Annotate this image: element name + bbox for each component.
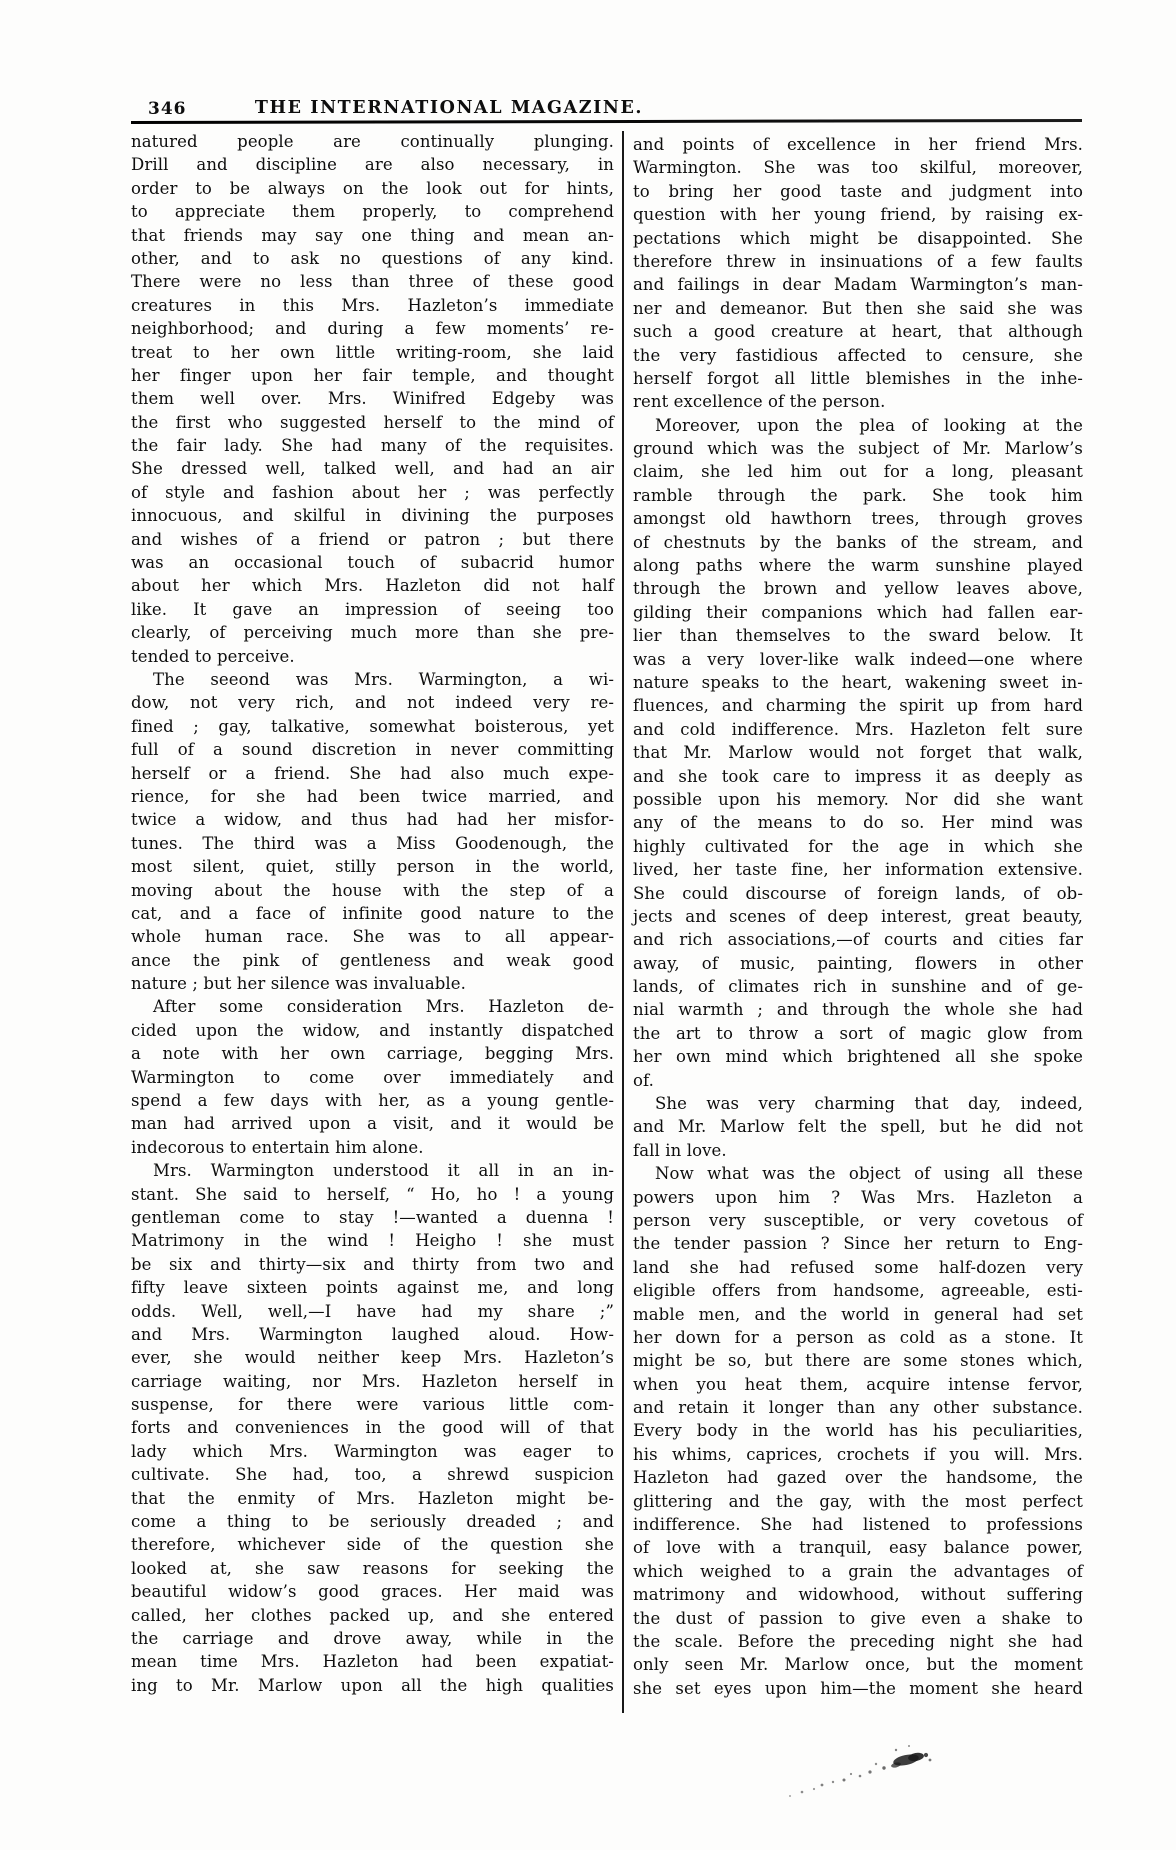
text-line: There were no less than three of these g… <box>131 270 614 293</box>
page-number: 346 <box>148 99 187 119</box>
text-line: jects and scenes of deep interest, great… <box>633 905 1083 928</box>
text-line: eligible offers from handsome, agreeable… <box>633 1279 1083 1302</box>
text-line: spend a few days with her, as a young ge… <box>131 1089 614 1112</box>
text-line: cided upon the widow, and instantly disp… <box>131 1019 614 1042</box>
text-line: the scale. Before the preceding night sh… <box>633 1630 1083 1653</box>
text-line: and she took care to impress it as deepl… <box>633 765 1083 788</box>
text-line: of. <box>633 1069 1083 1092</box>
text-line: fluences, and charming the spirit up fro… <box>633 694 1083 717</box>
text-line: along paths where the warm sunshine play… <box>633 554 1083 577</box>
text-line: of chestnuts by the banks of the stream,… <box>633 531 1083 554</box>
text-line: Matrimony in the wind ! Heigho ! she mus… <box>131 1229 614 1252</box>
text-line: be six and thirty—six and thirty from tw… <box>131 1253 614 1276</box>
text-line: full of a sound discretion in never comm… <box>131 738 614 761</box>
text-line: possible upon his memory. Nor did she wa… <box>633 788 1083 811</box>
text-line: of style and fashion about her ; was per… <box>131 481 614 504</box>
text-line: called, her clothes packed up, and she e… <box>131 1604 614 1627</box>
text-line: Every body in the world has his peculiar… <box>633 1419 1083 1442</box>
text-line: only seen Mr. Marlow once, but the momen… <box>633 1653 1083 1676</box>
text-line: the tender passion ? Since her return to… <box>633 1232 1083 1255</box>
text-line: was a very lover-like walk indeed—one wh… <box>633 648 1083 671</box>
text-line: the fair lady. She had many of the requi… <box>131 434 614 457</box>
text-line: herself forgot all little blemishes in t… <box>633 367 1083 390</box>
text-line: After some consideration Mrs. Hazleton d… <box>131 995 614 1018</box>
text-line: them well over. Mrs. Winifred Edgeby was <box>131 387 614 410</box>
text-line: that friends may say one thing and mean … <box>131 224 614 247</box>
text-line: lands, of climates rich in sunshine and … <box>633 975 1083 998</box>
text-line: rent excellence of the person. <box>633 390 1083 413</box>
text-line: beautiful widow’s good graces. Her maid … <box>131 1580 614 1603</box>
text-line: about her which Mrs. Hazleton did not ha… <box>131 574 614 597</box>
text-line: Drill and discipline are also necessary,… <box>131 153 614 176</box>
text-line: the first who suggested herself to the m… <box>131 411 614 434</box>
text-line: such a good creature at heart, that alth… <box>633 320 1083 343</box>
text-line: cat, and a face of infinite good nature … <box>131 902 614 925</box>
text-line: looked at, she saw reasons for seeking t… <box>131 1557 614 1580</box>
text-line: fifty leave sixteen points against me, a… <box>131 1276 614 1299</box>
text-line: nature ; but her silence was invaluable. <box>131 972 614 995</box>
text-line: Mrs. Warmington understood it all in an … <box>131 1159 614 1182</box>
text-column-left: natured people are continually plunging.… <box>131 130 614 1697</box>
text-line: that Mr. Marlow would not forget that wa… <box>633 741 1083 764</box>
text-line: Hazleton had gazed over the handsome, th… <box>633 1466 1083 1489</box>
text-line: She could discourse of foreign lands, of… <box>633 882 1083 905</box>
text-line: of love with a tranquil, easy balance po… <box>633 1536 1083 1559</box>
magazine-page: 346 THE INTERNATIONAL MAGAZINE. natured … <box>0 0 1176 1850</box>
text-line: other, and to ask no questions of any ki… <box>131 247 614 270</box>
text-line: and retain it longer than any other subs… <box>633 1396 1083 1419</box>
text-line: She dressed well, talked well, and had a… <box>131 457 614 480</box>
text-line: ner and demeanor. But then she said she … <box>633 297 1083 320</box>
text-line: mable men, and the world in general had … <box>633 1303 1083 1326</box>
text-line: fall in love. <box>633 1139 1083 1162</box>
column-divider-rule <box>622 131 624 1713</box>
text-line: question with her young friend, by raisi… <box>633 203 1083 226</box>
text-line: neighborhood; and during a few moments’ … <box>131 317 614 340</box>
text-line: like. It gave an impression of seeing to… <box>131 598 614 621</box>
text-line: fined ; gay, talkative, somewhat boister… <box>131 715 614 738</box>
text-line: away, of music, painting, flowers in oth… <box>633 952 1083 975</box>
text-line: through the brown and yellow leaves abov… <box>633 577 1083 600</box>
text-line: nature speaks to the heart, wakening swe… <box>633 671 1083 694</box>
text-line: mean time Mrs. Hazleton had been expatia… <box>131 1650 614 1673</box>
text-line: Moreover, upon the plea of looking at th… <box>633 414 1083 437</box>
text-line: therefore threw in insinuations of a few… <box>633 250 1083 273</box>
text-line: matrimony and widowhood, without sufferi… <box>633 1583 1083 1606</box>
text-line: person very susceptible, or very covetou… <box>633 1209 1083 1232</box>
text-line: to appreciate them properly, to comprehe… <box>131 200 614 223</box>
text-line: to bring her good taste and judgment int… <box>633 180 1083 203</box>
text-line: pectations which might be disappointed. … <box>633 227 1083 250</box>
text-line: the art to throw a sort of magic glow fr… <box>633 1022 1083 1045</box>
text-line: any of the means to do so. Her mind was <box>633 811 1083 834</box>
text-line: ramble through the park. She took him <box>633 484 1083 507</box>
text-line: and cold indifference. Mrs. Hazleton fel… <box>633 718 1083 741</box>
text-line: She was very charming that day, indeed, <box>633 1092 1083 1115</box>
header-rule <box>131 119 1082 124</box>
text-line: forts and conveniences in the good will … <box>131 1416 614 1439</box>
text-line: and Mr. Marlow felt the spell, but he di… <box>633 1115 1083 1138</box>
text-line: ing to Mr. Marlow upon all the high qual… <box>131 1674 614 1697</box>
text-line: powers upon him ? Was Mrs. Hazleton a <box>633 1186 1083 1209</box>
text-line: her down for a person as cold as a stone… <box>633 1326 1083 1349</box>
text-line: therefore, whichever side of the questio… <box>131 1533 614 1556</box>
text-line: tended to perceive. <box>131 645 614 668</box>
text-line: glittering and the gay, with the most pe… <box>633 1490 1083 1513</box>
text-line: claim, she led him out for a long, pleas… <box>633 460 1083 483</box>
text-line: lady which Mrs. Warmington was eager to <box>131 1440 614 1463</box>
text-line: Warmington to come over immediately and <box>131 1066 614 1089</box>
text-line: gentleman come to stay !—wanted a duenna… <box>131 1206 614 1229</box>
text-line: the dust of passion to give even a shake… <box>633 1607 1083 1630</box>
text-line: land she had refused some half-dozen ver… <box>633 1256 1083 1279</box>
text-line: and points of excellence in her friend M… <box>633 133 1083 156</box>
text-line: cultivate. She had, too, a shrewd suspic… <box>131 1463 614 1486</box>
text-line: a note with her own carriage, begging Mr… <box>131 1042 614 1065</box>
text-line: most silent, quiet, stilly person in the… <box>131 855 614 878</box>
text-line: suspense, for there were various little … <box>131 1393 614 1416</box>
text-line: that the enmity of Mrs. Hazleton might b… <box>131 1487 614 1510</box>
text-line: Warmington. She was too skilful, moreove… <box>633 156 1083 179</box>
text-line: amongst old hawthorn trees, through grov… <box>633 507 1083 530</box>
text-line: creatures in this Mrs. Hazleton’s immedi… <box>131 294 614 317</box>
text-line: twice a widow, and thus had had her misf… <box>131 808 614 831</box>
text-line: his whims, caprices, crochets if you wil… <box>633 1443 1083 1466</box>
text-line: tunes. The third was a Miss Goodenough, … <box>131 832 614 855</box>
text-line: the very fastidious affected to censure,… <box>633 344 1083 367</box>
text-line: and wishes of a friend or patron ; but t… <box>131 528 614 551</box>
text-line: carriage waiting, nor Mrs. Hazleton hers… <box>131 1370 614 1393</box>
text-line: ground which was the subject of Mr. Marl… <box>633 437 1083 460</box>
text-line: The seeond was Mrs. Warmington, a wi- <box>131 668 614 691</box>
text-line: Now what was the object of using all the… <box>633 1162 1083 1185</box>
text-line: odds. Well, well,—I have had my share ;” <box>131 1300 614 1323</box>
text-line: stant. She said to herself, “ Ho, ho ! a… <box>131 1183 614 1206</box>
text-line: and Mrs. Warmington laughed aloud. How- <box>131 1323 614 1346</box>
text-line: moving about the house with the step of … <box>131 879 614 902</box>
magazine-title: THE INTERNATIONAL MAGAZINE. <box>255 98 643 118</box>
text-line: highly cultivated for the age in which s… <box>633 835 1083 858</box>
text-line: she set eyes upon him—the moment she hea… <box>633 1677 1083 1700</box>
text-line: herself or a friend. She had also much e… <box>131 762 614 785</box>
text-line: treat to her own little writing-room, sh… <box>131 341 614 364</box>
text-line: rience, for she had been twice married, … <box>131 785 614 808</box>
text-line: ever, she would neither keep Mrs. Hazlet… <box>131 1346 614 1369</box>
text-line: indifference. She had listened to profes… <box>633 1513 1083 1536</box>
text-line: and failings in dear Madam Warmington’s … <box>633 273 1083 296</box>
text-line: might be so, but there are some stones w… <box>633 1349 1083 1372</box>
text-line: when you heat them, acquire intense ferv… <box>633 1373 1083 1396</box>
text-line: whole human race. She was to all appear- <box>131 925 614 948</box>
text-column-right: and points of excellence in her friend M… <box>633 133 1083 1700</box>
text-line: gilding their companions which had falle… <box>633 601 1083 624</box>
text-line: ance the pink of gentleness and weak goo… <box>131 949 614 972</box>
text-line: nial warmth ; and through the whole she … <box>633 998 1083 1021</box>
text-line: was an occasional touch of subacrid humo… <box>131 551 614 574</box>
text-line: lier than themselves to the sward below.… <box>633 624 1083 647</box>
text-line: natured people are continually plunging. <box>131 130 614 153</box>
text-line: order to be always on the look out for h… <box>131 177 614 200</box>
text-line: innocuous, and skilful in divining the p… <box>131 504 614 527</box>
text-line: the carriage and drove away, while in th… <box>131 1627 614 1650</box>
text-line: her own mind which brightened all she sp… <box>633 1045 1083 1068</box>
text-line: lived, her taste fine, her information e… <box>633 858 1083 881</box>
text-line: dow, not very rich, and not indeed very … <box>131 691 614 714</box>
text-line: and rich associations,—of courts and cit… <box>633 928 1083 951</box>
text-line: clearly, of perceiving much more than sh… <box>131 621 614 644</box>
text-line: man had arrived upon a visit, and it wou… <box>131 1112 614 1135</box>
text-line: which weighed to a grain the advantages … <box>633 1560 1083 1583</box>
ink-smudge <box>778 1738 954 1810</box>
text-line: her finger upon her fair temple, and tho… <box>131 364 614 387</box>
text-line: come a thing to be seriously dreaded ; a… <box>131 1510 614 1533</box>
text-line: indecorous to entertain him alone. <box>131 1136 614 1159</box>
